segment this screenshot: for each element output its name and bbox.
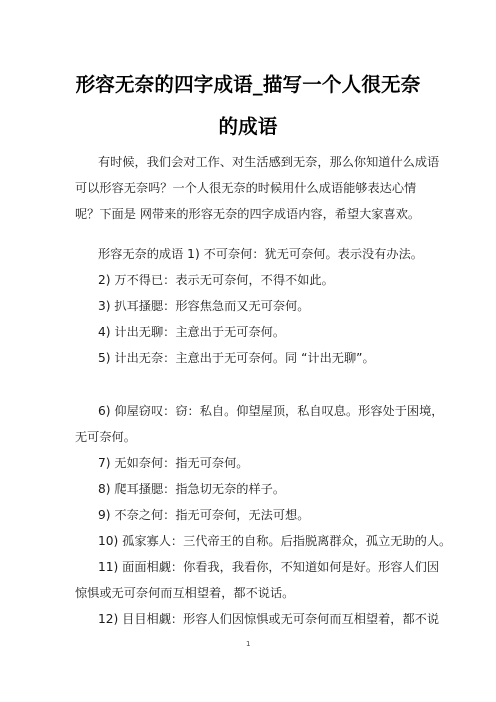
idiom-list-line: 惊惧或无可奈何而互相望着，都不说话。 — [75, 585, 435, 601]
idiom-list-line: 5) 计出无奈：主意出于无可奈何。同 “计出无聊”。 — [98, 350, 458, 366]
idiom-list-line: 2) 万不得已：表示无可奈何，不得不如此。 — [98, 272, 458, 288]
document-title-line-2: 的成语 — [0, 111, 496, 139]
intro-paragraph-line: 有时候，我们会对工作、对生活感到无奈，那么你知道什么成语 — [98, 154, 458, 170]
intro-paragraph-line: 可以形容无奈吗？一个人很无奈的时候用什么成语能够表达心情 — [75, 180, 435, 196]
idiom-list-line: 9) 不奈之何：指无可奈何，无法可想。 — [98, 507, 458, 523]
idiom-list-line: 7) 无如奈何：指无可奈何。 — [98, 455, 458, 471]
idiom-list-line: 4) 计出无聊：主意出于无可奈何。 — [98, 324, 458, 340]
idiom-list-line: 无可奈何。 — [75, 429, 435, 445]
idiom-list-line: 6) 仰屋窃叹：窃：私自。仰望屋顶，私自叹息。形容处于困境， — [98, 403, 458, 419]
idiom-list-line: 形容无奈的成语 1) 不可奈何：犹无可奈何。表示没有办法。 — [98, 246, 458, 262]
idiom-list-line: 12) 目目相觑：形容人们因惊惧或无可奈何而互相望着，都不说 — [98, 611, 458, 627]
idiom-list-line: 10) 孤家寡人：三代帝王的自称。后指脱离群众，孤立无助的人。 — [98, 533, 458, 549]
idiom-list-line: 8) 爬耳搔腮：指急切无奈的样子。 — [98, 481, 458, 497]
page-number: 1 — [246, 640, 250, 648]
document-title-line-1: 形容无奈的四字成语_描写一个人很无奈 — [0, 69, 496, 97]
idiom-list-line: 11) 面面相觑：你看我，我看你，不知道如何是好。形容人们因 — [98, 559, 458, 575]
idiom-list-line: 3) 扒耳搔腮：形容焦急而又无可奈何。 — [98, 298, 458, 314]
document-page: 形容无奈的四字成语_描写一个人很无奈 的成语 有时候，我们会对工作、对生活感到无… — [0, 0, 496, 702]
intro-paragraph-line: 呢？下面是 网带来的形容无奈的四字成语内容，希望大家喜欢。 — [75, 206, 435, 222]
